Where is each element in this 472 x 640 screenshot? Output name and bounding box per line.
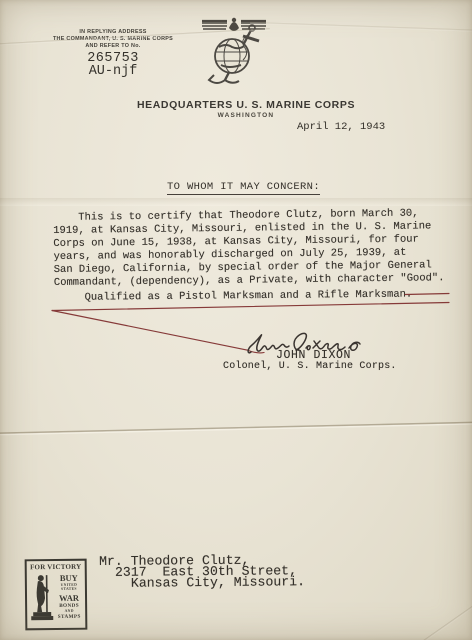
recipient-address-block: Mr. Theodore Clutz, 2317 East 30th Stree… <box>99 554 305 589</box>
letter-body: This is to certify that Theodore Clutz, … <box>53 207 445 290</box>
letterhead-city: WASHINGTON <box>96 112 396 119</box>
stamp-line: BUY <box>55 574 83 583</box>
war-bonds-stamp: FOR VICTORY BUY UNITED STATES WAR BONDS … <box>25 559 88 631</box>
letterhead-organization: HEADQUARTERS U. S. MARINE CORPS <box>96 99 396 111</box>
scanned-letter-page: IN REPLYING ADDRESS THE COMMANDANT, U. S… <box>0 0 472 640</box>
paper-fold-line <box>0 421 472 435</box>
stamp-line: STATES <box>55 588 83 592</box>
scan-vignette <box>0 0 472 640</box>
reply-reference-block: IN REPLYING ADDRESS THE COMMANDANT, U. S… <box>38 29 188 78</box>
reply-line: AND REFER TO No. <box>38 43 188 50</box>
qualification-line: Qualified as a Pistol Marksman and a Rif… <box>53 289 412 304</box>
letter-date: April 12, 1943 <box>297 121 385 133</box>
minuteman-statue-icon <box>29 572 56 624</box>
paper-crease <box>416 588 472 640</box>
salutation-line: TO WHOM IT MAY CONCERN: <box>167 181 320 195</box>
stamp-text-column: BUY UNITED STATES WAR BONDS AND STAMPS <box>55 572 84 624</box>
usmc-eagle-globe-anchor-icon <box>199 14 269 94</box>
recipient-line: Kansas City, Missouri. <box>99 576 305 589</box>
reply-line: IN REPLYING ADDRESS <box>38 29 188 36</box>
reply-line: THE COMMANDANT, U. S. MARINE CORPS <box>38 36 188 43</box>
paper-crease <box>0 198 472 206</box>
reference-code: AU-njf <box>38 65 188 78</box>
stamp-header: FOR VICTORY <box>27 563 85 572</box>
paper-crease <box>250 22 472 32</box>
signature-typed-title: Colonel, U. S. Marine Corps. <box>223 361 397 372</box>
stamp-line: WAR <box>55 594 83 603</box>
stamp-line: STAMPS <box>55 614 83 619</box>
red-pen-annotation <box>0 0 472 640</box>
